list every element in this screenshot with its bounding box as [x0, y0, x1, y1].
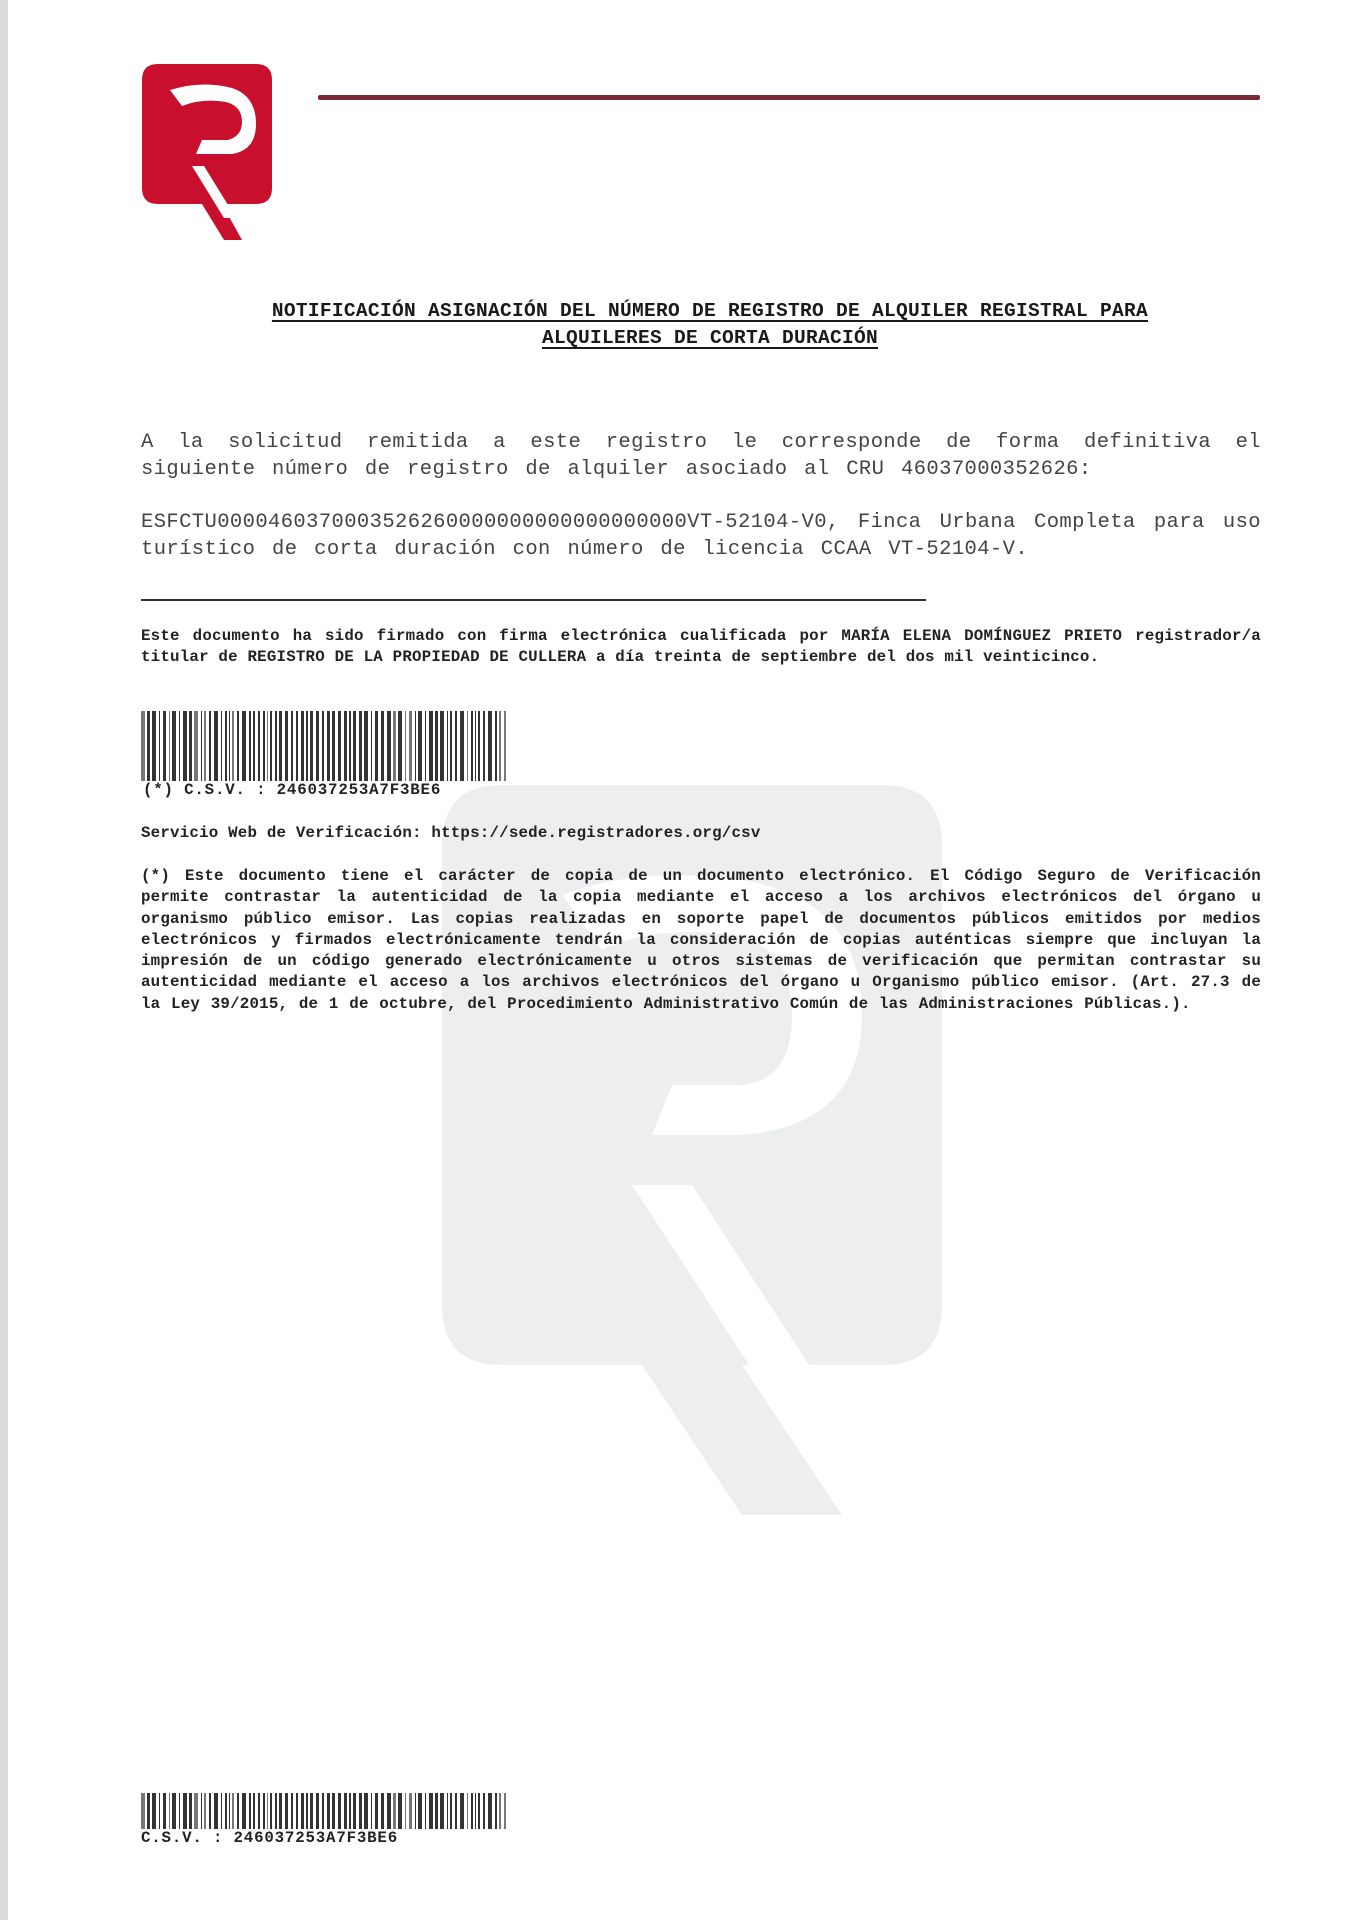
registradores-logo-icon: [140, 62, 274, 242]
legal-notice: (*) Este documento tiene el carácter de …: [141, 866, 1261, 1015]
csv-code-footer-label: C.S.V. : 246037253A7F3BE6: [141, 1829, 398, 1847]
csv-barcode-footer-icon: [141, 1793, 511, 1829]
signature-divider: [141, 599, 926, 601]
signature-statement: Este documento ha sido firmado con firma…: [141, 626, 1261, 669]
page-edge-shadow: [0, 0, 8, 1920]
title-line-2: ALQUILERES DE CORTA DURACIÓN: [542, 327, 878, 349]
csv-code-label: (*) C.S.V. : 246037253A7F3BE6: [143, 781, 441, 799]
intro-paragraph: A la solicitud remitida a este registro …: [141, 430, 1261, 483]
csv-barcode-icon: [141, 711, 511, 781]
title-line-1: NOTIFICACIÓN ASIGNACIÓN DEL NÚMERO DE RE…: [272, 300, 1148, 322]
verification-service: Servicio Web de Verificación: https://se…: [141, 823, 1261, 844]
header-rule: [318, 95, 1260, 100]
document-title: NOTIFICACIÓN ASIGNACIÓN DEL NÚMERO DE RE…: [150, 298, 1270, 352]
registration-paragraph: ESFCTU0000460370003526260000000000000000…: [141, 510, 1261, 563]
